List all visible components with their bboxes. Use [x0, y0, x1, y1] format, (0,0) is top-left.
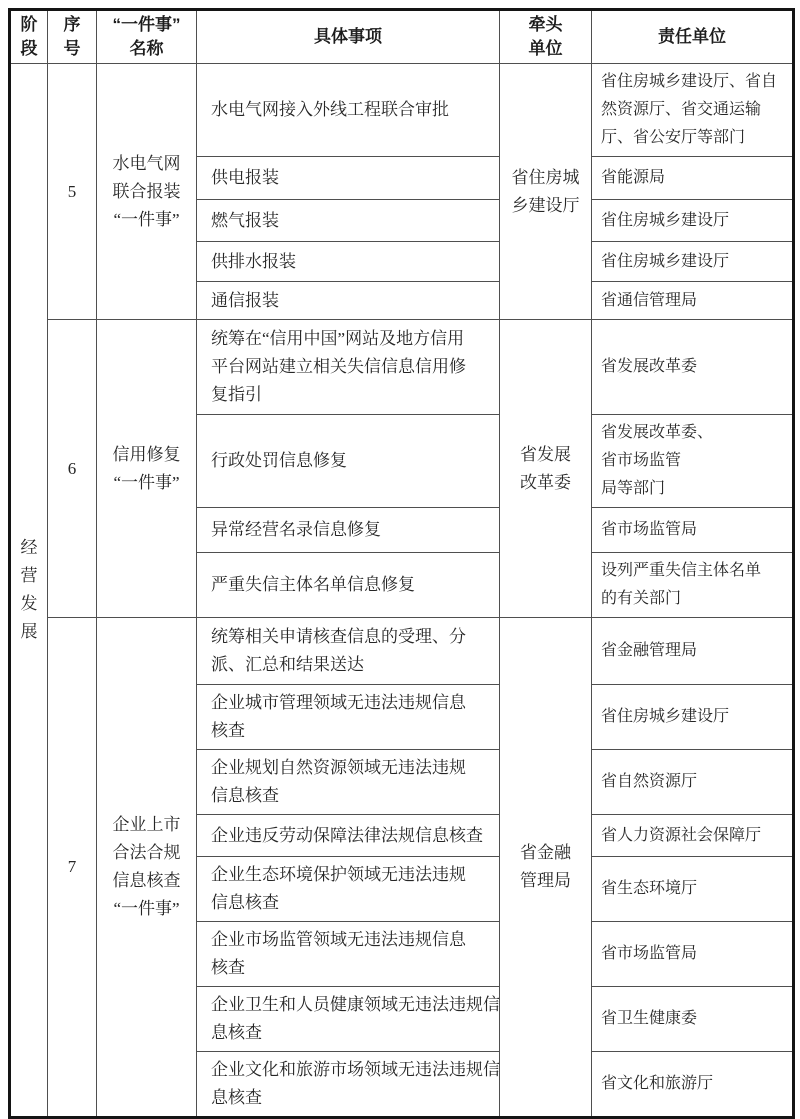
section-6-no-cell: 6 [48, 320, 97, 618]
resp-unit-cell: 省文化和旅游厅 [592, 1052, 794, 1118]
resp-unit-cell: 省市场监管局 [592, 508, 794, 553]
section-7-name-cell: 企业上市 合法合规 信息核查 “一件事” [97, 618, 197, 1118]
section-6-name-cell: 信用修复 “一件事” [97, 320, 197, 618]
task-cell: 水电气网接入外线工程联合审批 [197, 64, 500, 157]
header-lead-unit-column: 牵头 单位 [500, 10, 592, 64]
header-stage-column: 阶 段 [10, 10, 48, 64]
resp-unit-cell: 设列严重失信主体名单 的有关部门 [592, 553, 794, 618]
section-7-lead-unit-cell: 省金融 管理局 [500, 618, 592, 1118]
resp-unit-cell: 省住房城乡建设厅 [592, 242, 794, 282]
task-cell: 燃气报装 [197, 200, 500, 242]
resp-unit-cell: 省自然资源厅 [592, 750, 794, 815]
resp-unit-cell: 省发展改革委 [592, 320, 794, 415]
resp-unit-cell: 省住房城乡建设厅 [592, 200, 794, 242]
stage-cell: 经 营 发 展 [10, 64, 48, 1118]
section-5-lead-unit-cell: 省住房城 乡建设厅 [500, 64, 592, 320]
task-cell: 通信报装 [197, 282, 500, 320]
resp-unit-cell: 省卫生健康委 [592, 987, 794, 1052]
table-row: 7 企业上市 合法合规 信息核查 “一件事” 统筹相关申请核查信息的受理、分 派… [10, 618, 794, 685]
task-cell: 统筹在“信用中国”网站及地方信用 平台网站建立相关失信信息信用修 复指引 [197, 320, 500, 415]
resp-unit-cell: 省人力资源社会保障厅 [592, 815, 794, 857]
resp-unit-cell: 省能源局 [592, 157, 794, 200]
task-cell: 严重失信主体名单信息修复 [197, 553, 500, 618]
document-page: 阶 段 序 号 “一件事” 名称 具体事项 牵头 单位 责任单位 经 营 发 展… [0, 0, 800, 1061]
section-5-no-cell: 5 [48, 64, 97, 320]
task-cell: 供电报装 [197, 157, 500, 200]
task-cell: 异常经营名录信息修复 [197, 508, 500, 553]
section-5-name-cell: 水电气网 联合报装 “一件事” [97, 64, 197, 320]
header-resp-unit-column: 责任单位 [592, 10, 794, 64]
section-7-no-cell: 7 [48, 618, 97, 1118]
resp-unit-cell: 省住房城乡建设厅 [592, 685, 794, 750]
resp-unit-cell: 省金融管理局 [592, 618, 794, 685]
header-task-column: 具体事项 [197, 10, 500, 64]
resp-unit-cell: 省通信管理局 [592, 282, 794, 320]
section-6-lead-unit-cell: 省发展 改革委 [500, 320, 592, 618]
task-cell: 企业市场监管领域无违法违规信息 核查 [197, 922, 500, 987]
task-cell: 企业卫生和人员健康领域无违法违规信 息核查 [197, 987, 500, 1052]
task-cell: 企业规划自然资源领域无违法违规 信息核查 [197, 750, 500, 815]
resp-unit-cell: 省发展改革委、省市场监管 局等部门 [592, 415, 794, 508]
resp-unit-cell: 省住房城乡建设厅、省自 然资源厅、省交通运输 厅、省公安厅等部门 [592, 64, 794, 157]
header-no-column: 序 号 [48, 10, 97, 64]
task-cell: 企业违反劳动保障法律法规信息核查 [197, 815, 500, 857]
resp-unit-cell: 省市场监管局 [592, 922, 794, 987]
header-row: 阶 段 序 号 “一件事” 名称 具体事项 牵头 单位 责任单位 [10, 10, 794, 64]
task-cell: 企业文化和旅游市场领域无违法违规信 息核查 [197, 1052, 500, 1118]
one-thing-matters-table: 阶 段 序 号 “一件事” 名称 具体事项 牵头 单位 责任单位 经 营 发 展… [8, 8, 795, 1119]
task-cell: 企业生态环境保护领域无违法违规 信息核查 [197, 857, 500, 922]
resp-unit-cell: 省生态环境厅 [592, 857, 794, 922]
task-cell: 行政处罚信息修复 [197, 415, 500, 508]
table-row: 6 信用修复 “一件事” 统筹在“信用中国”网站及地方信用 平台网站建立相关失信… [10, 320, 794, 415]
task-cell: 统筹相关申请核查信息的受理、分 派、汇总和结果送达 [197, 618, 500, 685]
header-name-column: “一件事” 名称 [97, 10, 197, 64]
table-row: 经 营 发 展 5 水电气网 联合报装 “一件事” 水电气网接入外线工程联合审批… [10, 64, 794, 157]
task-cell: 供排水报装 [197, 242, 500, 282]
task-cell: 企业城市管理领域无违法违规信息 核查 [197, 685, 500, 750]
